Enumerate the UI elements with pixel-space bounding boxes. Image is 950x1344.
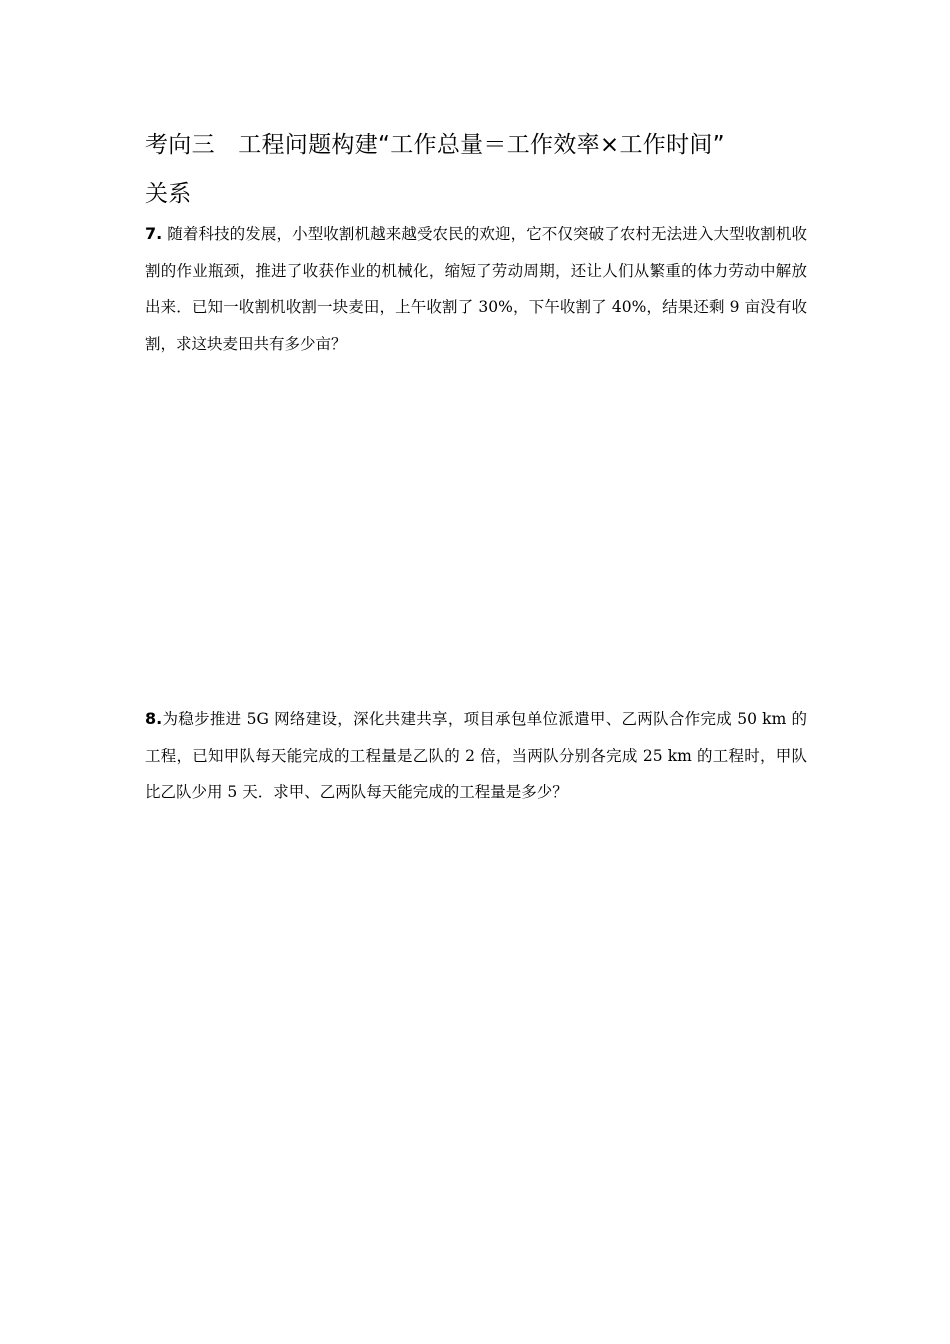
section-heading-line2: 关系 — [145, 181, 192, 207]
question-number: 8. — [145, 709, 162, 728]
document-page: 考向三 工程问题构建“工作总量＝工作效率×工作时间” 关系 7. 随着科技的发展… — [0, 0, 950, 1344]
question-number: 7. — [145, 224, 162, 243]
section-heading-line1: 考向三 工程问题构建“工作总量＝工作效率×工作时间” — [145, 132, 725, 158]
question-7: 7. 随着科技的发展，小型收割机越来越受农民的欢迎，它不仅突破了农村无法进入大型… — [145, 216, 807, 363]
question-text: 为稳步推进 5G 网络建设，深化共建共享，项目承包单位派遣甲、乙两队合作完成 5… — [145, 710, 807, 801]
answer-space-8 — [145, 815, 807, 1295]
section-heading: 考向三 工程问题构建“工作总量＝工作效率×工作时间” 关系 — [145, 121, 815, 219]
answer-space-7 — [145, 370, 807, 690]
question-8: 8.为稳步推进 5G 网络建设，深化共建共享，项目承包单位派遣甲、乙两队合作完成… — [145, 701, 807, 811]
question-text: 随着科技的发展，小型收割机越来越受农民的欢迎，它不仅突破了农村无法进入大型收割机… — [145, 225, 807, 353]
